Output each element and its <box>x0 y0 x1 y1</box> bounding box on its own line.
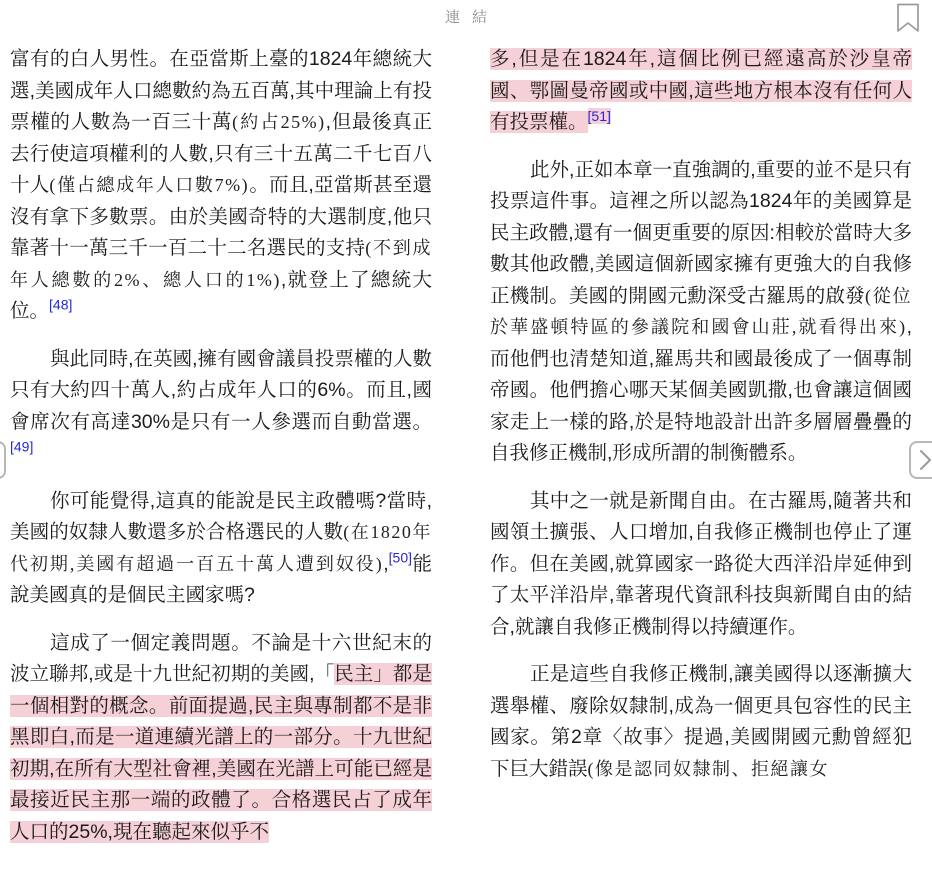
reader-page: 連結 富有的白人男性。在亞當斯上臺的1824年總統大選,美國成年人口總數約為五百… <box>0 0 932 881</box>
footnote-link[interactable]: [51] <box>588 108 611 124</box>
chapter-title: 連結 <box>0 6 932 27</box>
left-column: 富有的白人男性。在亞當斯上臺的1824年總統大選,美國成年人口總數約為五百萬,其… <box>10 44 432 864</box>
right-column: 多,但是在1824年,這個比例已經遠高於沙皇帝國、鄂圖曼帝國或中國,這些地方根本… <box>490 44 912 864</box>
paragraph: 與此同時,在英國,擁有國會議員投票權的人數只有大約四十萬人,約占成年人口的6%。… <box>10 344 432 470</box>
paragraph: 富有的白人男性。在亞當斯上臺的1824年總統大選,美國成年人口總數約為五百萬,其… <box>10 44 432 328</box>
bookmark-icon <box>896 3 920 33</box>
body-text: 民主」都是一個相對的概念。前面提過,民主與專制都不是非黑即白,而是一道連續光譜上… <box>10 663 432 843</box>
chevron-left-icon <box>0 445 1 475</box>
paragraph: 多,但是在1824年,這個比例已經遠高於沙皇帝國、鄂圖曼帝國或中國,這些地方根本… <box>490 44 912 139</box>
next-page-button[interactable] <box>909 441 932 479</box>
body-text: 與此同時,在英國,擁有國會議員投票權的人數只有大約四十萬人,約占成年人口的6%。… <box>10 348 432 433</box>
paragraph: 正是這些自我修正機制,讓美國得以逐漸擴大選舉權、廢除奴隸制,成為一個更具包容性的… <box>490 659 912 785</box>
body-text: 此外,正如本章一直強調的,重要的並不是只有投票這件事。這裡之所以認為1824年的… <box>490 159 912 307</box>
text-columns: 富有的白人男性。在亞當斯上臺的1824年總統大選,美國成年人口總數約為五百萬,其… <box>10 44 912 864</box>
annotation-text: (僅占總成年人口數7%) <box>49 175 249 195</box>
paragraph: 此外,正如本章一直強調的,重要的並不是只有投票這件事。這裡之所以認為1824年的… <box>490 155 912 470</box>
footnote-link[interactable]: [49] <box>10 439 33 455</box>
body-text: ,而他們也清楚知道,羅馬共和國最後成了一個專制帝國。他們擔心哪天某個美國凱撒,也… <box>490 316 912 464</box>
body-text: 其中之一就是新聞自由。在古羅馬,隨著共和國領土擴張、人口增加,自我修正機制也停止… <box>490 490 912 638</box>
annotation-text: (約占25%) <box>232 112 326 132</box>
paragraph: 你可能覺得,這真的能說是民主政體嗎?當時,美國的奴隸人數還多於合格選民的人數(在… <box>10 486 432 612</box>
chevron-right-icon <box>914 445 932 475</box>
body-text: 多,但是在1824年,這個比例已經遠高於沙皇帝國、鄂圖曼帝國或中國,這些地方根本… <box>490 48 912 133</box>
footnote-link[interactable]: [50] <box>389 549 412 565</box>
paragraph: 這成了一個定義問題。不論是十六世紀末的波立聯邦,或是十九世紀初期的美國,「民主」… <box>10 628 432 849</box>
prev-page-button[interactable] <box>0 441 6 479</box>
paragraph: 其中之一就是新聞自由。在古羅馬,隨著共和國領土擴張、人口增加,自我修正機制也停止… <box>490 486 912 644</box>
footnote-link[interactable]: [48] <box>49 297 72 313</box>
annotation-text: (像是認同奴隸制、拒絕讓女 <box>588 759 830 779</box>
bookmark-button[interactable] <box>895 3 921 35</box>
